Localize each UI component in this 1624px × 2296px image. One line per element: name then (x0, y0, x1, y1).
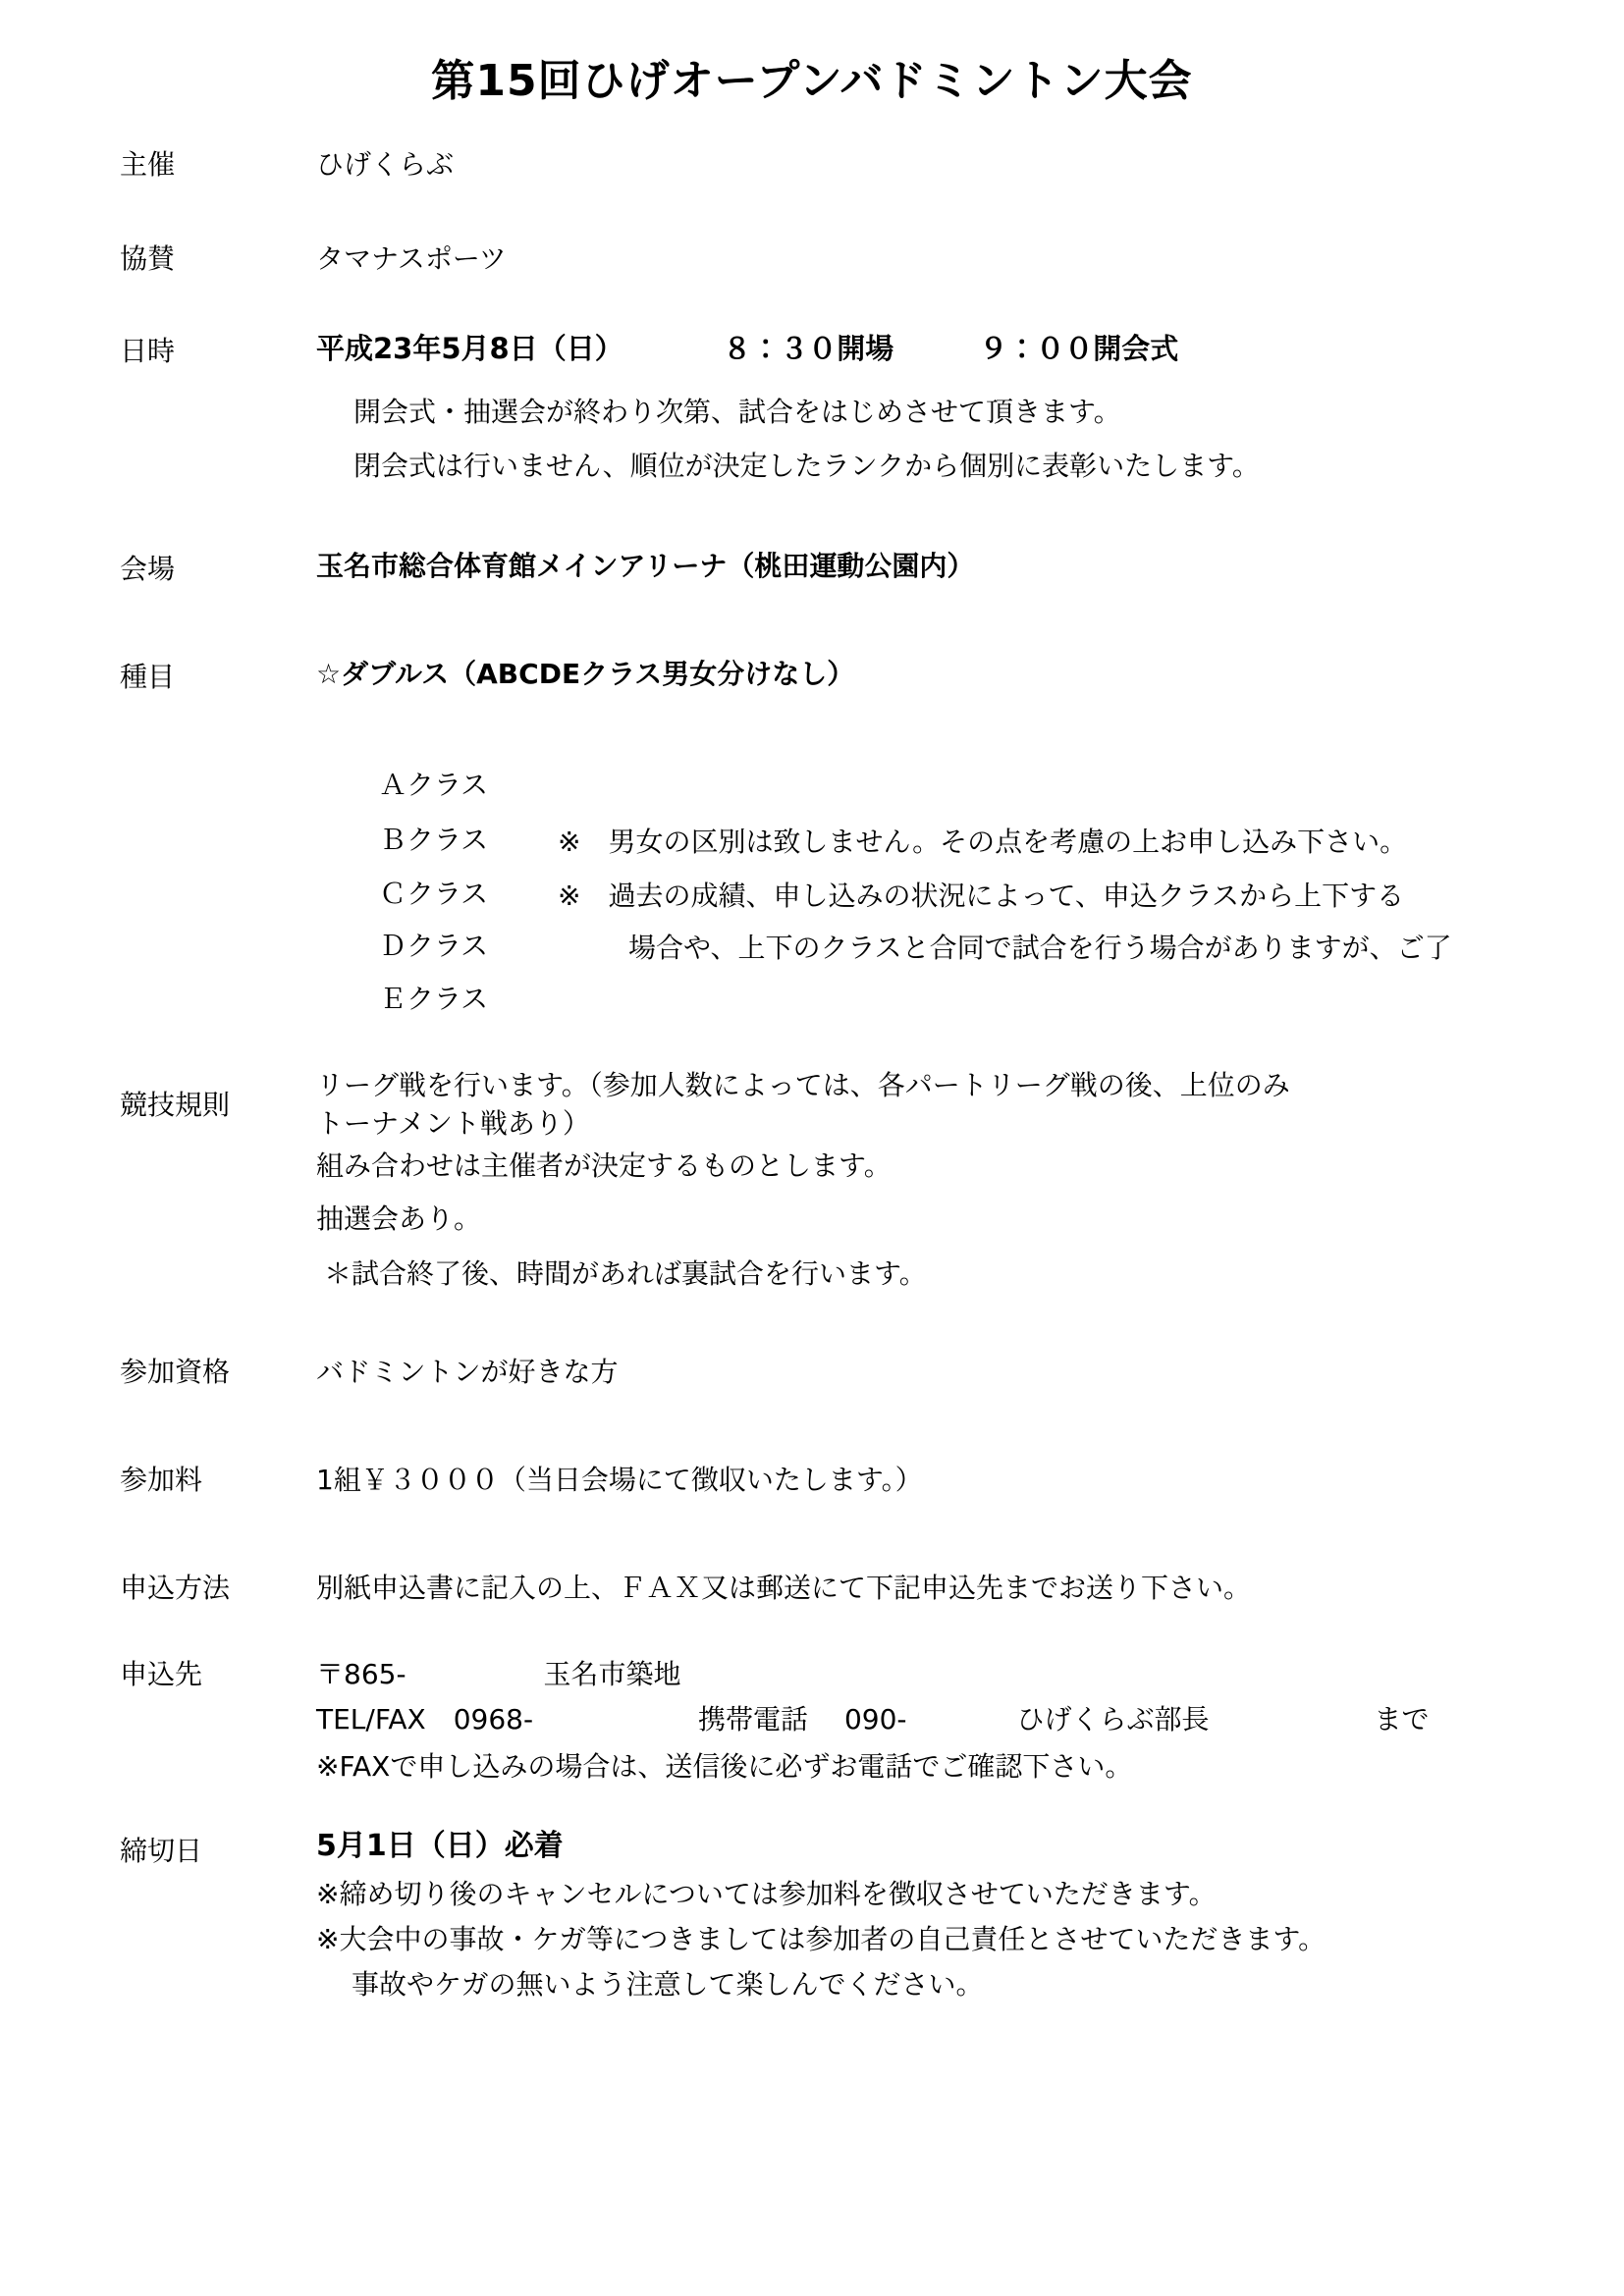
venue-value: 玉名市総合体育館メインアリーナ（桃田運動公園内） (316, 549, 974, 584)
events-label: 種目 (120, 660, 175, 695)
apply-to-fax-note: ※FAXで申し込みの場合は、送信後に必ずお電話でご確認下さい。 (316, 1749, 1132, 1785)
sponsor-label: 協賛 (120, 241, 175, 277)
deadline-value: 5月1日（日）必着 (316, 1829, 564, 1864)
deadline-note-1: ※締め切り後のキャンセルについては参加料を徴収させていただきます。 (316, 1877, 1217, 1912)
document-page: 第15回ひげオープンバドミントン大会 主催 ひげくらぶ 協賛 タマナスポーツ 日… (0, 0, 1624, 2296)
apply-to-label: 申込先 (120, 1657, 202, 1692)
rules-label: 競技規則 (120, 1088, 230, 1123)
rules-line-3: 組み合わせは主催者が決定するものとします。 (316, 1148, 892, 1184)
class-d-note: 場合や、上下のクラスと合同で試合を行う場合がありますが、ご了 (628, 931, 1452, 966)
datetime-note-2: 閉会式は行いません、順位が決定したランクから個別に表彰いたします。 (353, 449, 1260, 484)
apply-to-phone: TEL/FAX 0968- 携帯電話 090- ひげくらぶ部長 まで (316, 1702, 1430, 1737)
eligibility-value: バドミントンが好きな方 (316, 1355, 618, 1390)
datetime-value: 平成23年5月8日（日） ８：３０開場 ９：００開会式 (316, 331, 1178, 366)
datetime-note-1: 開会式・抽選会が終わり次第、試合をはじめさせて頂きます。 (353, 395, 1121, 430)
class-c-note: ※ 過去の成績、申し込みの状況によって、申込クラスから上下する (558, 879, 1404, 914)
eligibility-label: 参加資格 (120, 1355, 230, 1390)
rules-line-5: ＊試合終了後、時間があれば裏試合を行います。 (324, 1256, 927, 1292)
venue-label: 会場 (120, 552, 175, 587)
fee-label: 参加料 (120, 1463, 202, 1498)
deadline-note-3: 事故やケガの無いよう注意して楽しんでください。 (352, 1967, 983, 2002)
deadline-label: 締切日 (120, 1834, 202, 1869)
class-b-name: Ｂクラス (379, 823, 488, 858)
organizer-label: 主催 (120, 147, 175, 183)
rules-line-1: リーグ戦を行います。（参加人数によっては、各パートリーグ戦の後、上位のみ (316, 1068, 1290, 1103)
organizer-value: ひげくらぶ (316, 147, 454, 183)
class-a-name: Ａクラス (379, 768, 488, 803)
events-value: ☆ダブルス（ABCDEクラス男女分けなし） (316, 657, 854, 692)
apply-to-address: 〒865- 玉名市築地 (316, 1657, 681, 1692)
rules-line-4: 抽選会あり。 (316, 1201, 481, 1237)
class-b-note: ※ 男女の区別は致しません。その点を考慮の上お申し込み下さい。 (558, 825, 1407, 860)
class-e-name: Ｅクラス (379, 982, 488, 1017)
apply-method-value: 別紙申込書に記入の上、ＦＡＸ又は郵送にて下記申込先までお送り下さい。 (316, 1571, 1251, 1606)
apply-method-label: 申込方法 (120, 1571, 230, 1606)
class-d-name: Ｄクラス (379, 929, 488, 964)
datetime-label: 日時 (120, 334, 175, 369)
class-c-name: Ｃクラス (379, 877, 488, 912)
page-title: 第15回ひげオープンバドミントン大会 (0, 45, 1624, 108)
rules-line-2: トーナメント戦あり） (316, 1106, 590, 1142)
fee-value: 1組￥３０００（当日会場にて徴収いたします。） (316, 1463, 923, 1498)
deadline-note-2: ※大会中の事故・ケガ等につきましては参加者の自己責任とさせていただきます。 (316, 1922, 1326, 1957)
sponsor-value: タマナスポーツ (316, 241, 507, 277)
